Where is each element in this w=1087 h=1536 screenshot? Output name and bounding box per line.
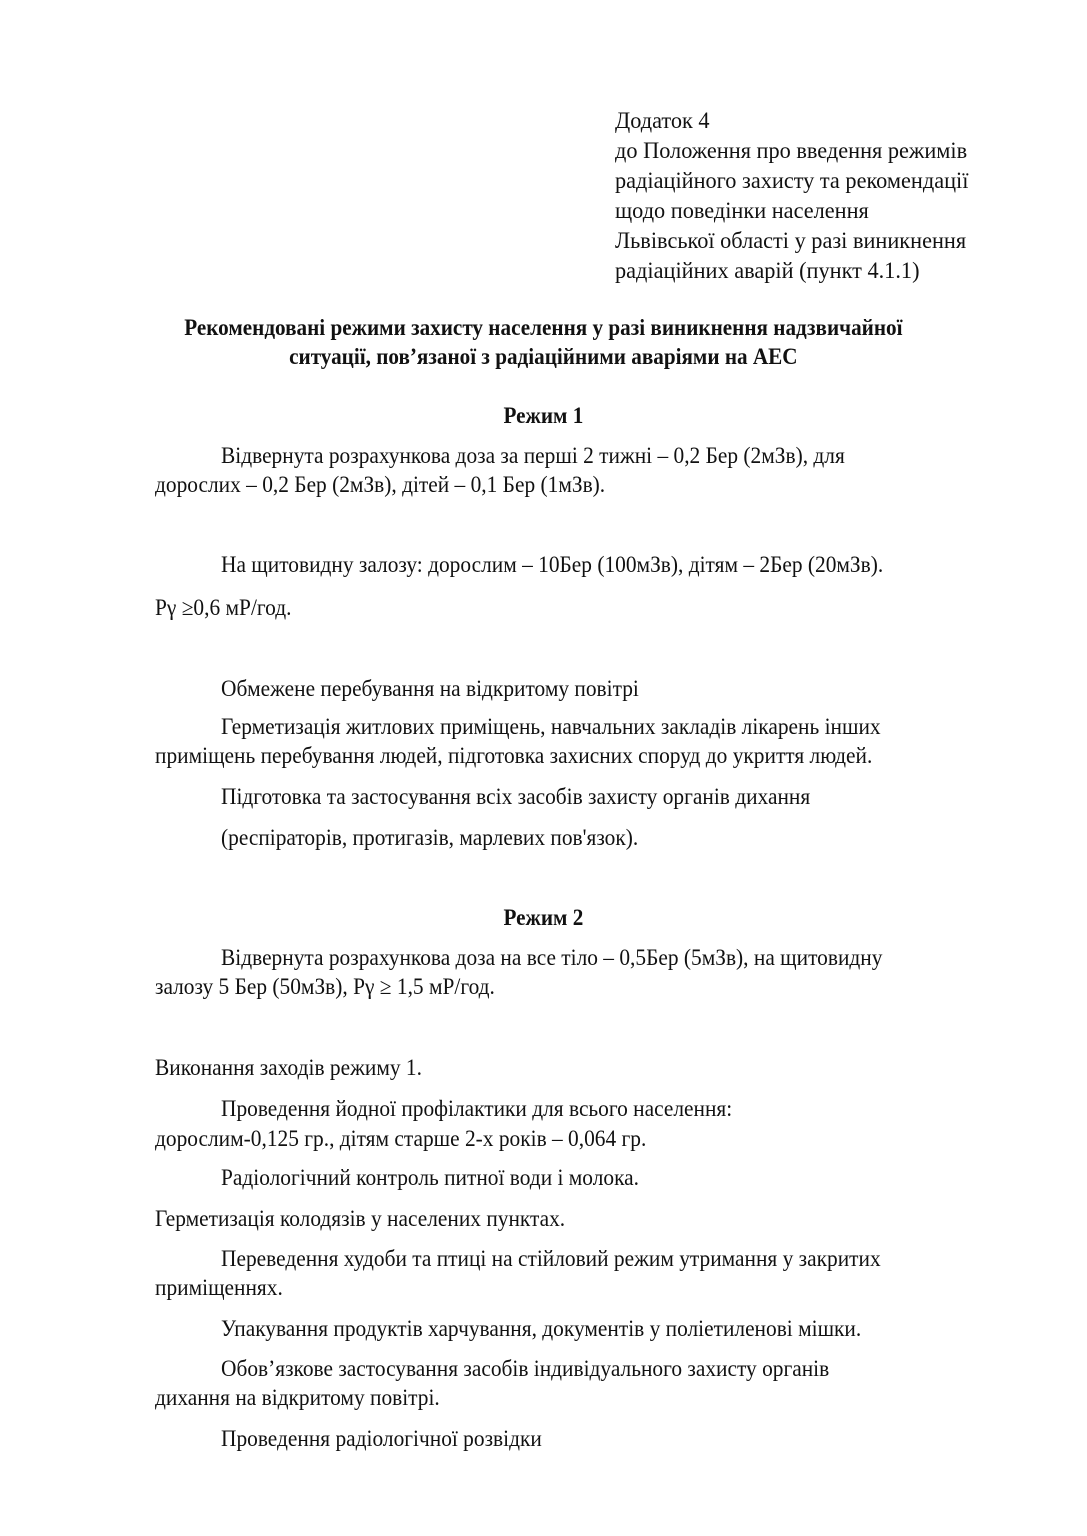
mode2-paragraph-2: Виконання заходів режиму 1.: [155, 1053, 422, 1082]
mode2-paragraph-1-cont: залозу 5 Бер (50мЗв), Рγ ≥ 1,5 мР/год.: [155, 972, 495, 1001]
mode-2-heading: Режим 2: [0, 903, 1087, 932]
mode1-paragraph-2-cont: Рγ ≥0,6 мР/год.: [155, 593, 291, 622]
mode2-paragraph-6-cont: приміщеннях.: [155, 1273, 283, 1302]
mode2-paragraph-6: Переведення худоби та птиці на стійловий…: [221, 1244, 881, 1273]
mode1-paragraph-5: Підготовка та застосування всіх засобів …: [221, 782, 810, 811]
mode2-paragraph-1: Відвернута розрахункова доза на все тіло…: [221, 943, 882, 972]
heading-text: Режим 2: [504, 903, 584, 932]
mode1-paragraph-2: На щитовидну залозу: дорослим – 10Бер (1…: [221, 550, 883, 579]
appendix-line: радіаційного захисту та рекомендації: [615, 166, 968, 195]
mode2-paragraph-8-cont: дихання на відкритому повітрі.: [155, 1383, 440, 1412]
mode-1-heading: Режим 1: [0, 401, 1087, 430]
mode2-paragraph-3-cont: дорослим-0,125 гр., дітям старше 2-х рок…: [155, 1124, 646, 1153]
document-title-line-2: ситуації, пов’язаної з радіаційними авар…: [0, 342, 1087, 371]
appendix-line: до Положення про введення режимів: [615, 136, 967, 165]
mode2-paragraph-8: Обов’язкове застосування засобів індивід…: [221, 1354, 829, 1383]
mode1-paragraph-4-cont: приміщень перебування людей, підготовка …: [155, 741, 872, 770]
mode2-paragraph-9: Проведення радіологічної розвідки: [221, 1424, 542, 1453]
mode1-paragraph-5-cont: (респіраторів, протигазів, марлевих пов'…: [221, 823, 638, 852]
mode1-paragraph-4: Герметизація житлових приміщень, навчаль…: [221, 712, 881, 741]
mode1-paragraph-3: Обмежене перебування на відкритому повіт…: [221, 674, 639, 703]
mode1-paragraph-1: Відвернута розрахункова доза за перші 2 …: [221, 441, 845, 470]
title-text: Рекомендовані режими захисту населення у…: [184, 313, 902, 342]
appendix-line: радіаційних аварій (пункт 4.1.1): [615, 256, 920, 285]
document-title-line-1: Рекомендовані режими захисту населення у…: [0, 313, 1087, 342]
mode2-paragraph-7: Упакування продуктів харчування, докумен…: [221, 1314, 861, 1343]
heading-text: Режим 1: [504, 401, 584, 430]
mode2-paragraph-5: Герметизація колодязів у населених пункт…: [155, 1204, 565, 1233]
appendix-line: щодо поведінки населення: [615, 196, 869, 225]
title-text: ситуації, пов’язаної з радіаційними авар…: [289, 342, 797, 371]
appendix-line: Львівської області у разі виникнення: [615, 226, 966, 255]
mode2-paragraph-4: Радіологічний контроль питної води і мол…: [221, 1163, 639, 1192]
mode1-paragraph-1-cont: дорослих – 0,2 Бер (2мЗв), дітей – 0,1 Б…: [155, 470, 605, 499]
mode2-paragraph-3: Проведення йодної профілактики для всьог…: [221, 1094, 732, 1123]
appendix-line: Додаток 4: [615, 106, 710, 135]
